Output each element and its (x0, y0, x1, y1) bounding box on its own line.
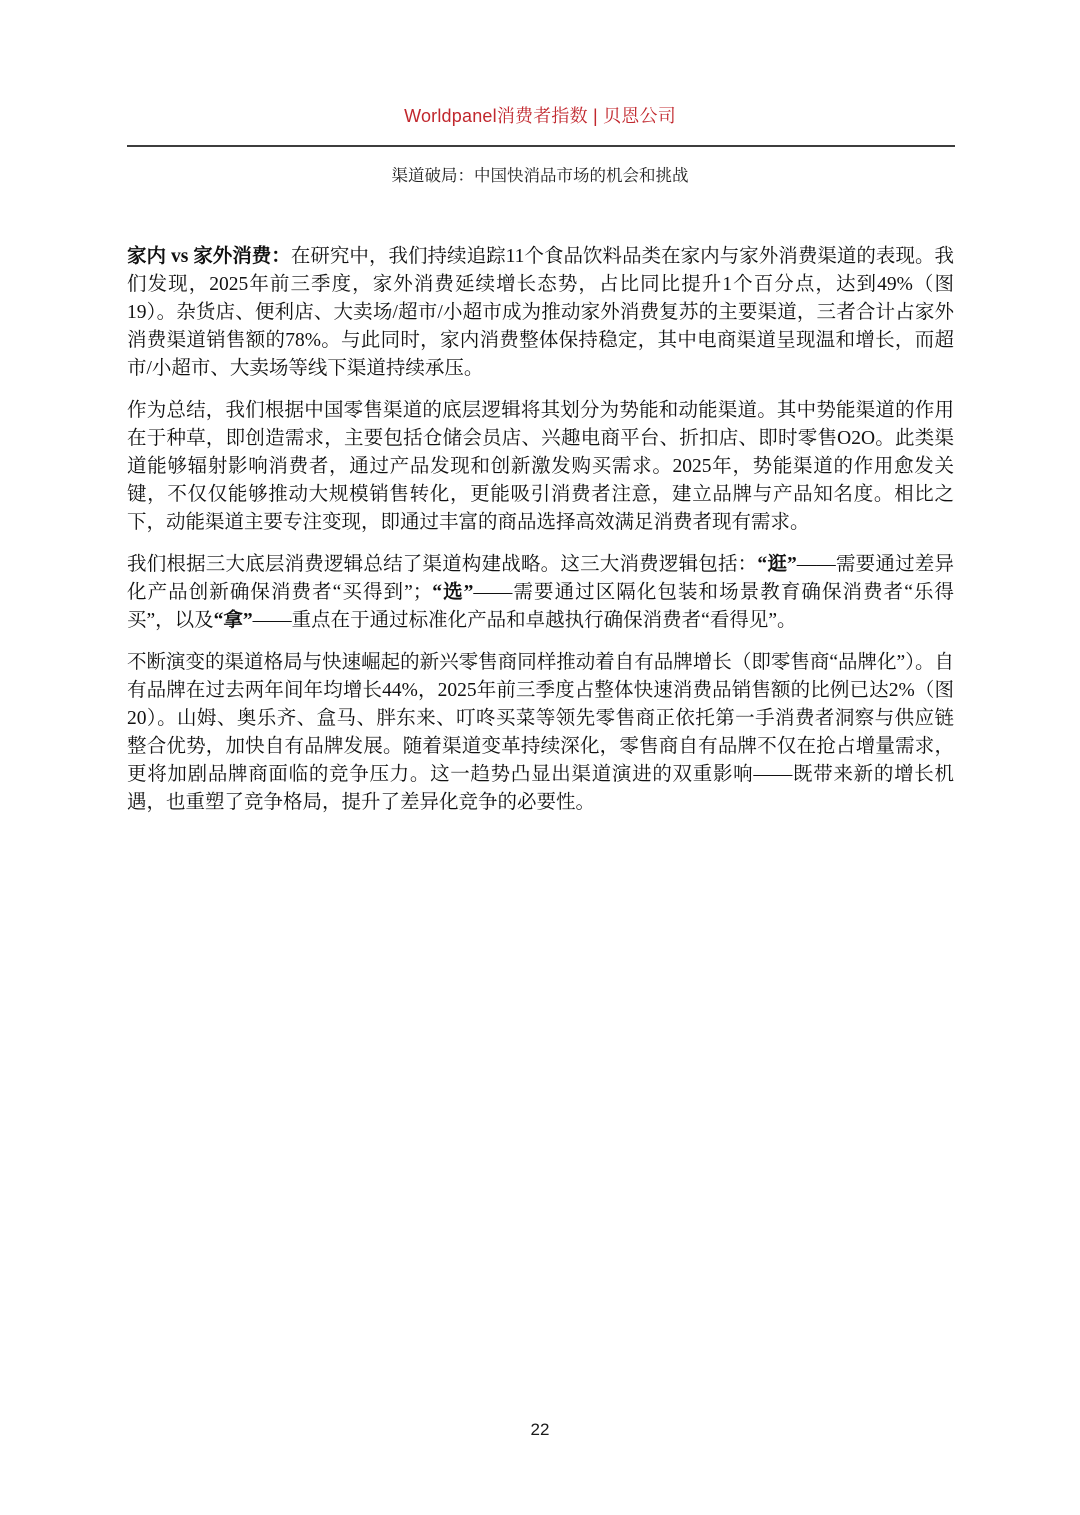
header-divider (127, 145, 955, 147)
text-run: 我们根据三大底层消费逻辑总结了渠道构建战略。这三大消费逻辑包括： (127, 554, 757, 575)
bold-text-run: “拿” (214, 610, 253, 631)
body-paragraph: 不断演变的渠道格局与快速崛起的新兴零售商同样推动着自有品牌增长（即零售商“品牌化… (127, 649, 954, 817)
text-run: 作为总结，我们根据中国零售渠道的底层逻辑将其划分为势能和动能渠道。其中势能渠道的… (127, 400, 954, 533)
bold-text-run: 家内 vs 家外消费： (127, 246, 291, 267)
report-brand: Worldpanel消费者指数 | 贝恩公司 (0, 102, 1080, 128)
paragraphs: 家内 vs 家外消费：在研究中，我们持续追踪11个食品饮料品类在家内与家外消费渠… (127, 243, 954, 817)
chapter-subtitle: 渠道破局：中国快消品市场的机会和挑战 (0, 162, 1080, 186)
bold-text-run: “逛” (757, 554, 796, 575)
document-page: Worldpanel消费者指数 | 贝恩公司 渠道破局：中国快消品市场的机会和挑… (0, 0, 1080, 1515)
page-number: 22 (0, 1420, 1080, 1440)
text-run: ——重点在于通过标准化产品和卓越执行确保消费者“看得见”。 (253, 610, 797, 631)
bold-text-run: “选” (432, 582, 473, 603)
body-paragraph: 家内 vs 家外消费：在研究中，我们持续追踪11个食品饮料品类在家内与家外消费渠… (127, 243, 954, 383)
body-paragraph: 作为总结，我们根据中国零售渠道的底层逻辑将其划分为势能和动能渠道。其中势能渠道的… (127, 397, 954, 537)
body-paragraph: 我们根据三大底层消费逻辑总结了渠道构建战略。这三大消费逻辑包括：“逛”——需要通… (127, 551, 954, 635)
body-content: 家内 vs 家外消费：在研究中，我们持续追踪11个食品饮料品类在家内与家外消费渠… (127, 243, 954, 831)
text-run: 不断演变的渠道格局与快速崛起的新兴零售商同样推动着自有品牌增长（即零售商“品牌化… (127, 652, 954, 813)
